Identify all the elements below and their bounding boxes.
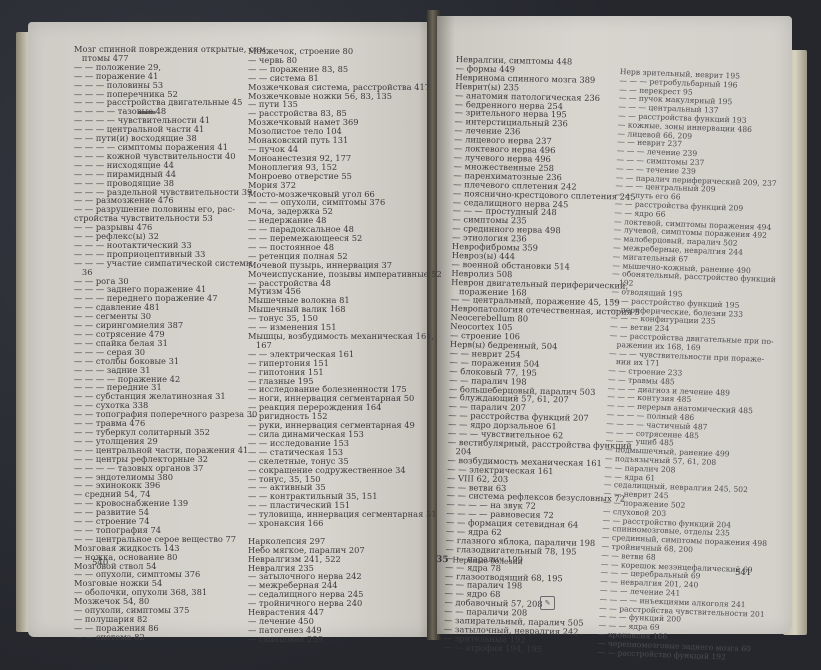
index-entry: Мышцы, возбудимость механическая 161, (248, 332, 442, 341)
index-entry: — хронаксия 166 (248, 519, 442, 528)
index-entry: — — — участие симпатической системы (74, 259, 268, 268)
right-page-number: 541 (735, 568, 751, 578)
left-page-number: 540 (92, 558, 108, 568)
right-page-index-column-2: Нерв зрительный, неврит 195— — — ретробу… (597, 68, 785, 663)
index-entry: — — система 82 (74, 633, 268, 642)
index-entry: — свинцовая 259 (248, 635, 442, 644)
signature-number: 35 (436, 555, 449, 565)
left-page-index-column-2: Мозжечок, строение 80— червь 80— — пораж… (248, 47, 442, 644)
library-stamp-icon: ✎ (540, 596, 555, 610)
signature-title: Нервные болезни (452, 555, 522, 566)
left-page-index-column-1: Мозг спинной повреждения открытые, сим- … (74, 45, 268, 642)
